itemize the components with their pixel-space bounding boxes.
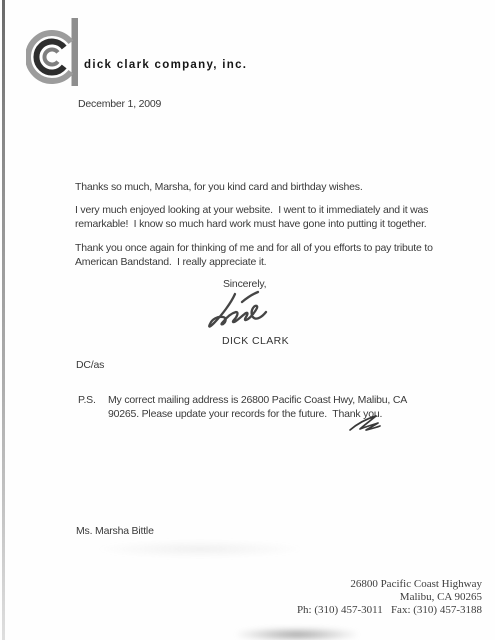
paragraph-line: Thanks so much, Marsha, for you kind car… bbox=[75, 180, 363, 194]
paragraph-line: American Bandstand. I really appreciate … bbox=[75, 255, 433, 269]
closing-salutation: Sincerely, bbox=[223, 277, 266, 291]
recipient-name: Ms. Marsha Bittle bbox=[76, 524, 154, 538]
paragraph-line: Thank you once again for thinking of me … bbox=[75, 241, 433, 255]
reference-initials: DC/as bbox=[76, 358, 104, 372]
postscript-line: My correct mailing address is 26800 Paci… bbox=[108, 393, 407, 407]
paragraph-3: Thank you once again for thinking of me … bbox=[75, 241, 433, 269]
dc-logo-icon bbox=[26, 16, 84, 88]
paragraph-2: I very much enjoyed looking at your webs… bbox=[75, 203, 428, 231]
scan-edge-artifact bbox=[2, 0, 5, 640]
company-name: dick clark company, inc. bbox=[84, 59, 247, 71]
paragraph-line: remarkable! I know so much hard work mus… bbox=[75, 217, 428, 231]
letter-page: dick clark company, inc. December 1, 200… bbox=[0, 0, 495, 640]
footer-phone-fax-line: Ph: (310) 457-3011 Fax: (310) 457-3188 bbox=[297, 604, 482, 617]
paragraph-1: Thanks so much, Marsha, for you kind car… bbox=[75, 180, 363, 194]
footer-city-line: Malibu, CA 90265 bbox=[297, 591, 482, 604]
date-line: December 1, 2009 bbox=[78, 97, 161, 111]
postscript-label: P.S. bbox=[78, 393, 96, 407]
handwritten-initials-scribble-icon bbox=[347, 414, 383, 434]
paragraph-line: I very much enjoyed looking at your webs… bbox=[75, 203, 428, 217]
signature-handwriting-icon bbox=[206, 290, 278, 332]
scan-smudge-artifact bbox=[238, 628, 356, 640]
scan-smudge-artifact bbox=[95, 540, 305, 558]
footer-address-block: 26800 Pacific Coast Highway Malibu, CA 9… bbox=[297, 578, 482, 617]
footer-street-line: 26800 Pacific Coast Highway bbox=[297, 578, 482, 591]
signer-name: DICK CLARK bbox=[222, 334, 289, 348]
